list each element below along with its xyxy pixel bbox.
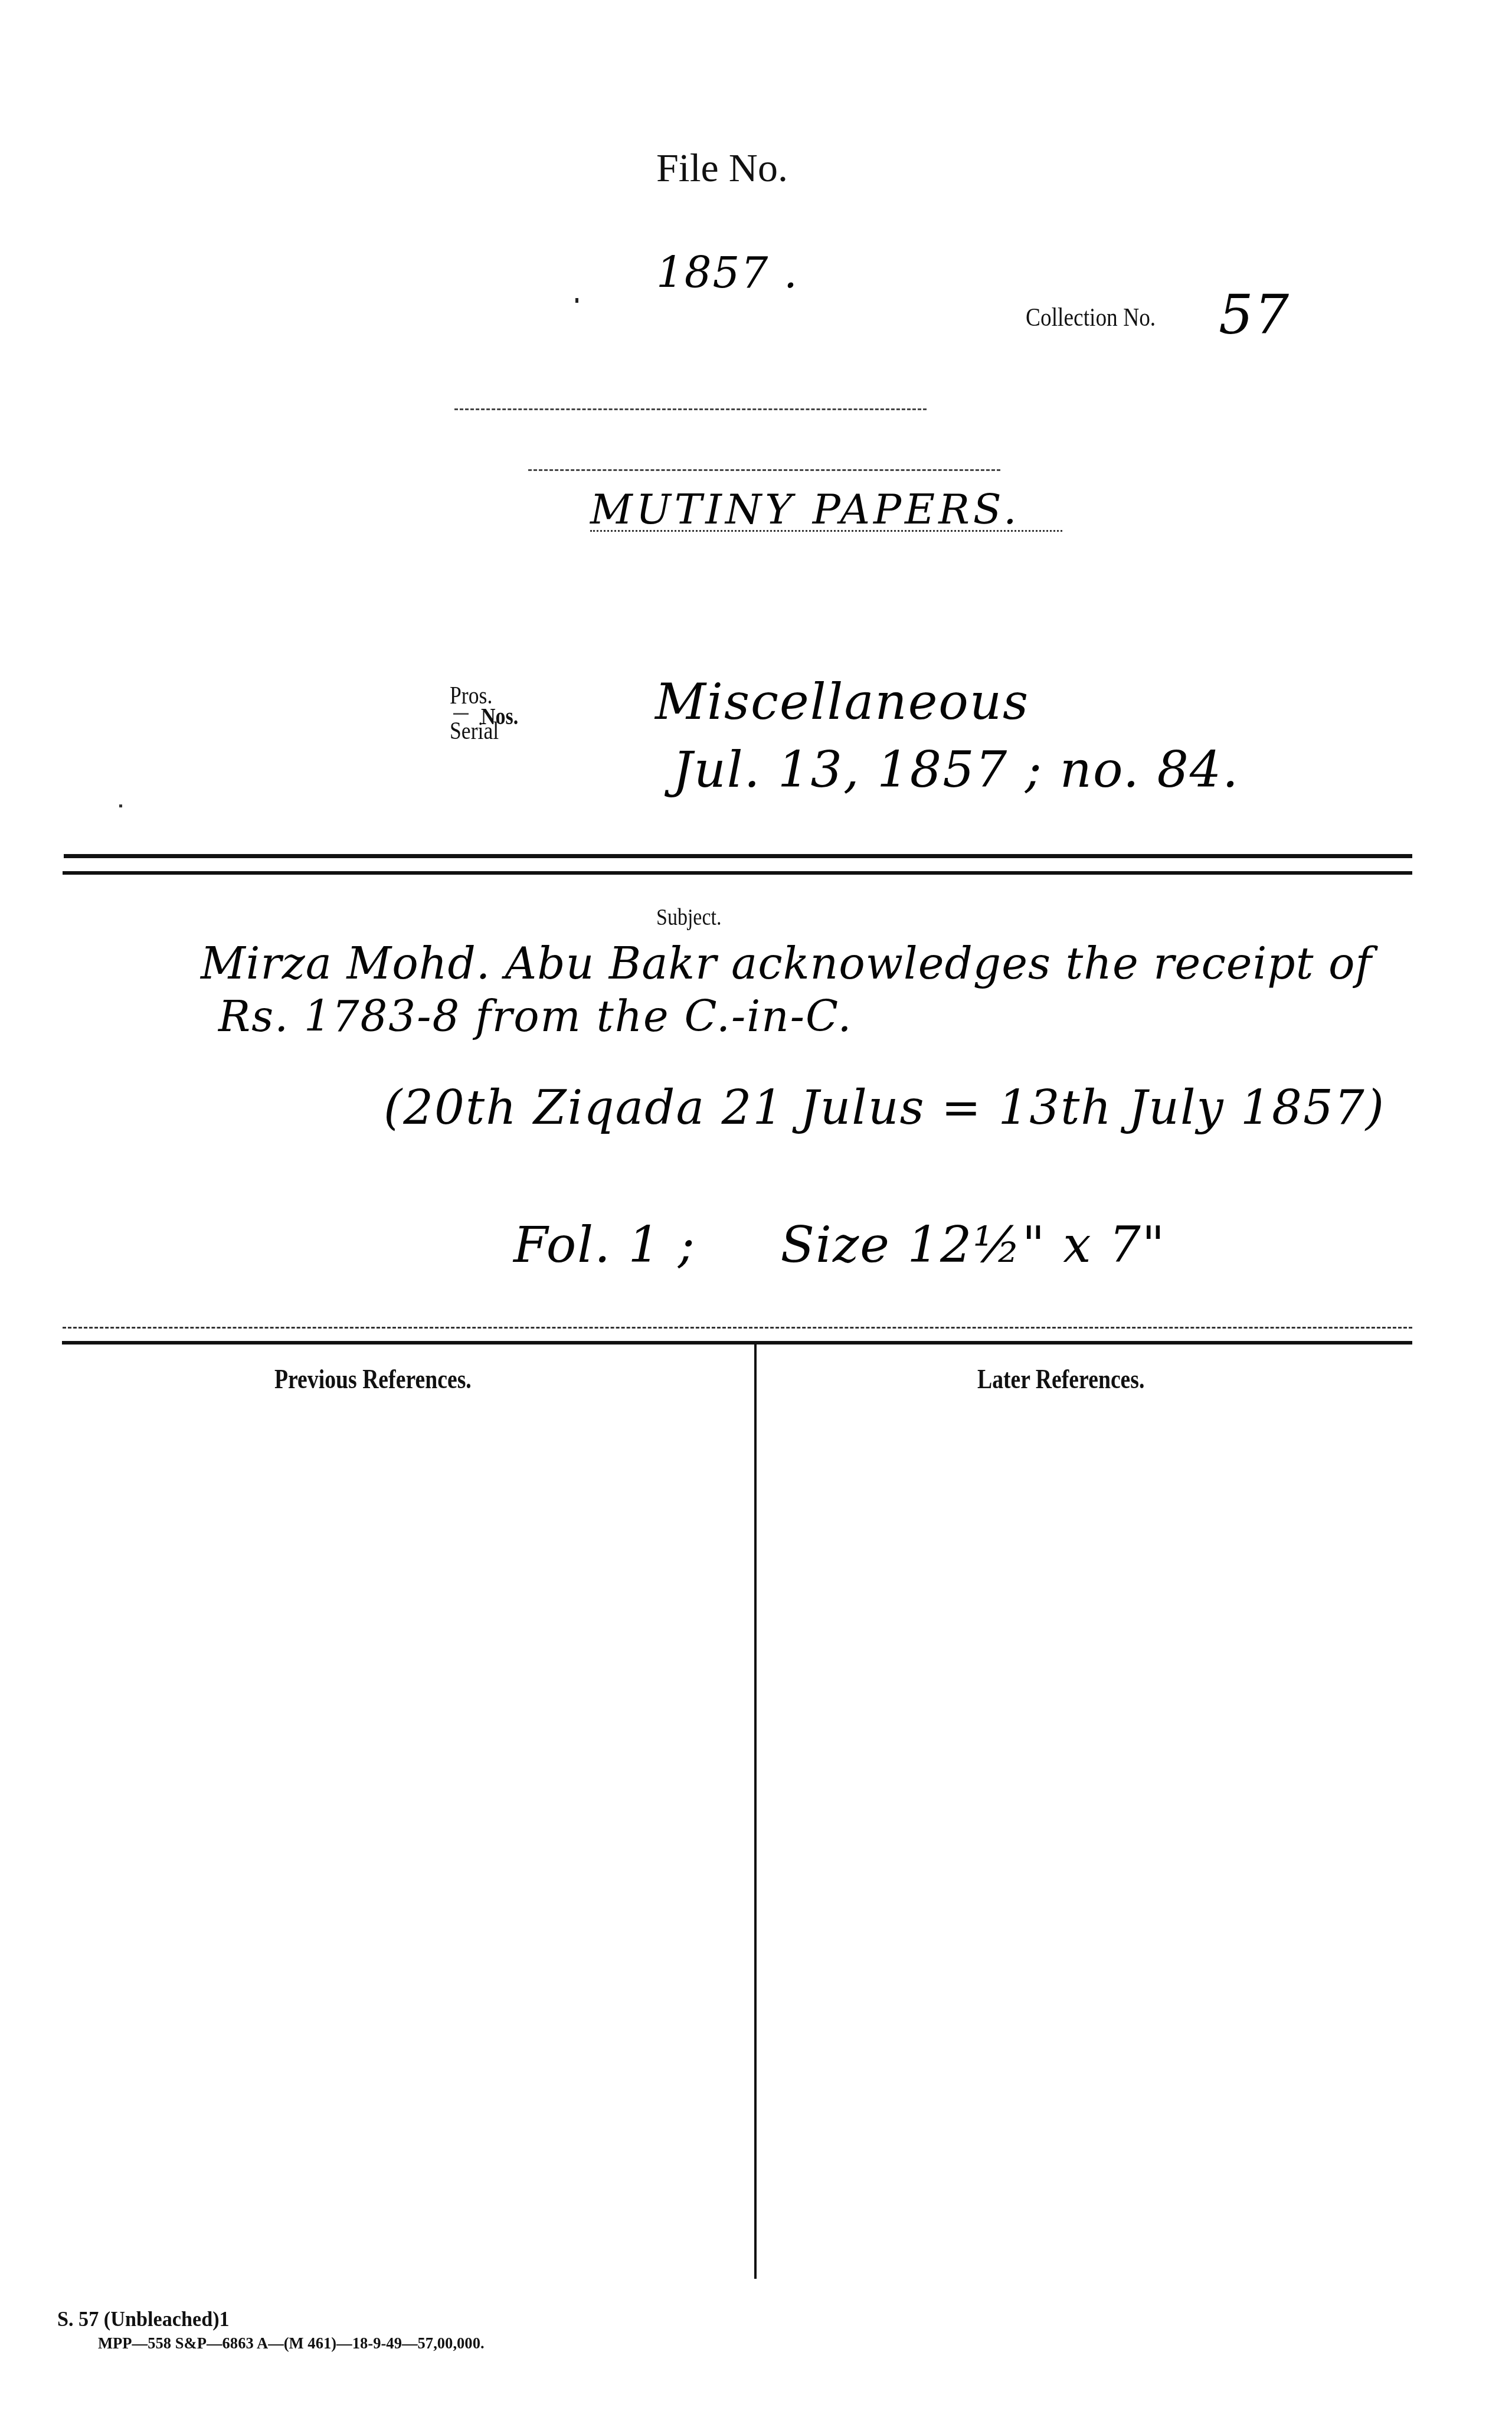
file-no-value: 1857 .	[656, 248, 798, 297]
footer-print-details: MPP—558 S&P—6863 A—(M 461)—18-9-49—57,00…	[98, 2334, 485, 2353]
footer-form-number: S. 57 (Unbleached)1	[57, 2307, 230, 2331]
stray-mark	[119, 804, 122, 807]
pros-serial-divider	[453, 713, 469, 715]
references-column-divider	[754, 1343, 757, 2279]
title-underline	[590, 530, 1062, 532]
nos-label: Nos.	[481, 702, 518, 730]
subject-line2: Rs. 1783-8 from the C.-in-C.	[218, 992, 852, 1041]
file-no-label: File No.	[656, 145, 788, 191]
references-rule-bottom	[62, 1341, 1412, 1345]
pros-serial-line2: Jul. 13, 1857 ; no. 84.	[673, 741, 1239, 799]
pros-serial-line1: Miscellaneous	[655, 673, 1029, 731]
references-rule-top	[63, 1327, 1412, 1329]
header-rule-1	[454, 408, 927, 410]
subject-rule-top	[64, 854, 1412, 858]
previous-references-label: Previous References.	[274, 1363, 472, 1395]
collection-no-value: 57	[1219, 283, 1290, 346]
document-title: MUTINY PAPERS.	[590, 485, 1020, 534]
header-rule-2	[528, 469, 1000, 471]
subject-line3: (20th Ziqada 21 Julus = 13th July 1857)	[384, 1080, 1385, 1135]
later-references-label: Later References.	[977, 1363, 1144, 1395]
small-mark	[575, 298, 578, 303]
subject-line1: Mirza Mohd. Abu Bakr acknowledges the re…	[201, 938, 1372, 989]
subject-line4: Fol. 1 ; Size 12½" x 7"	[513, 1216, 1166, 1274]
collection-no-label: Collection No.	[1026, 302, 1156, 332]
subject-label: Subject.	[656, 903, 721, 931]
subject-rule-bottom	[63, 871, 1412, 875]
